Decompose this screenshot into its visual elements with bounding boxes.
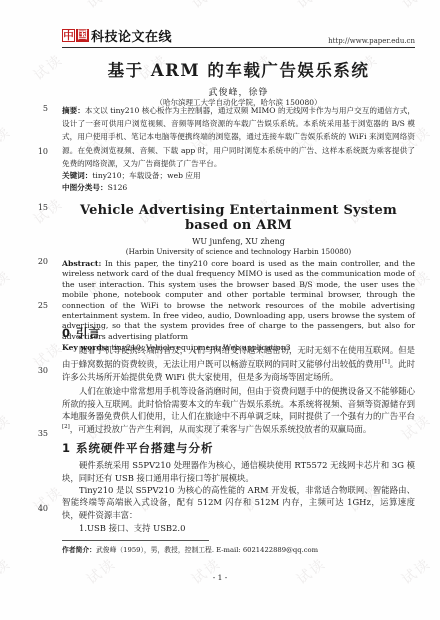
watermark-stamp: 试读 (397, 553, 435, 588)
site-logo: 中 国 科技论文在线 (62, 26, 172, 45)
intro-paragraph-2: 人们在旅途中常常想用手机等设备消磨时间，但由于资费问题手中的便携设备又不能够随心… (62, 385, 415, 435)
section-heading-hardware: 1 系统硬件平台搭建与分析 (62, 440, 415, 456)
hardware-list-item-usb: 1.USB 接口、支持 USB2.0 (62, 523, 415, 533)
section-heading-intro: 0 引言 (62, 325, 415, 341)
watermark-stamp: 试读 (292, 553, 330, 588)
abstract-zh: 摘要：本文以 tiny210 核心板作为主控制器，通过双频 MIMO 的无线网卡… (62, 104, 415, 170)
watermark-stamp: 试读 (0, 0, 15, 13)
site-url-link[interactable]: http://www.paper.edu.cn (328, 37, 415, 45)
logo-text: 科技论文在线 (91, 26, 172, 45)
watermark-stamp: 试读 (397, 0, 435, 13)
watermark-stamp: 试读 (0, 121, 15, 156)
authors-en: WU junfeng, XU zheng (62, 237, 415, 246)
watermark-stamp: 试读 (187, 0, 225, 13)
site-header: 中 国 科技论文在线 http://www.paper.edu.cn (62, 28, 415, 48)
watermark-stamp: 试读 (0, 553, 15, 588)
abstract-en-label: Abstract: (62, 259, 101, 268)
intro-p2-text-cont: ，可通过投放广告产生利润，从而实现了乘客与广告娱乐系统投放者的双赢局面。 (70, 424, 372, 434)
logo-char-box: 中 (62, 29, 75, 42)
citation-ref-2: [2] (62, 424, 70, 430)
margin-line-number: 25 (28, 301, 48, 310)
logo-char-box: 国 (76, 29, 89, 42)
affiliation-en: (Harbin University of science and techno… (62, 247, 415, 256)
footnote-divider (62, 540, 209, 541)
watermark-stamp: 试读 (292, 0, 330, 13)
hardware-paragraph-1: 硬件系统采用 S5PV210 处理器作为核心，通信模块使用 RT5572 无线网… (62, 459, 415, 484)
margin-line-number: 10 (28, 147, 48, 156)
margin-line-number: 35 (28, 429, 48, 438)
author-bio-label: 作者简介： (62, 546, 96, 554)
keywords-zh: 关键词：tiny210；车载设备；web 应用 (62, 170, 415, 182)
margin-line-number: 30 (28, 366, 48, 375)
paper-title-en: Vehicle Advertising Entertainment System… (62, 203, 415, 233)
watermark-stamp: 试读 (0, 265, 15, 300)
abstract-zh-label: 摘要： (62, 106, 85, 115)
keywords-zh-label: 关键词： (62, 171, 92, 180)
paper-page: 试读试读试读试读试读试读试读试读试读试读试读试读试读试读试读试读试读试读试读试读… (0, 0, 440, 620)
abstract-zh-text: 本文以 tiny210 核心板作为主控制器，通过双频 MIMO 的无线网卡作为与… (62, 106, 415, 168)
intro-paragraph-1: 随着手机等便携终端的普及，人们与网络变得越来越密切，无时无刻不在使用互联网。但是… (62, 344, 415, 385)
paper-title-zh: 基于 ARM 的车载广告娱乐系统 (62, 57, 415, 81)
margin-line-number: 15 (28, 203, 48, 212)
watermark-stamp: 试读 (82, 553, 120, 588)
clc-number: 中图分类号：S126 (62, 182, 415, 194)
author-bio-text: 武俊峰（1959），男，教授，控制工程. E-mail: 6021422889@… (96, 546, 318, 554)
citation-ref-1: [1] (382, 359, 390, 365)
keywords-zh-text: tiny210；车载设备；web 应用 (92, 171, 200, 180)
paper-body: 0 引言 随着手机等便携终端的普及，人们与网络变得越来越密切，无时无刻不在使用互… (62, 325, 415, 533)
intro-p1-text: 随着手机等便携终端的普及，人们与网络变得越来越密切，无时无刻不在使用互联网。但是… (62, 345, 415, 369)
abstract-zh-block: 摘要：本文以 tiny210 核心板作为主控制器，通过双频 MIMO 的无线网卡… (62, 104, 415, 194)
page-number: - 1 - (0, 573, 440, 582)
watermark-stamp: 试读 (187, 553, 225, 588)
author-bio-footnote: 作者简介：武俊峰（1959），男，教授，控制工程. E-mail: 602142… (62, 544, 415, 554)
margin-line-number: 20 (28, 257, 48, 266)
margin-line-number: 5 (28, 104, 48, 113)
watermark-stamp: 试读 (0, 409, 15, 444)
footnote-block: 作者简介：武俊峰（1959），男，教授，控制工程. E-mail: 602142… (62, 540, 415, 554)
clc-label: 中图分类号： (62, 183, 108, 192)
watermark-stamp: 试读 (82, 0, 120, 13)
clc-value: S126 (108, 183, 128, 192)
intro-p2-text: 人们在旅途中常常想用手机等设备消磨时间，但由于资费问题手中的便携设备又不能够随心… (62, 386, 415, 421)
hardware-paragraph-2: Tiny210 是以 S5PV210 为核心的高性能的 ARM 开发板，非常适合… (62, 484, 415, 521)
margin-line-number: 40 (28, 504, 48, 513)
